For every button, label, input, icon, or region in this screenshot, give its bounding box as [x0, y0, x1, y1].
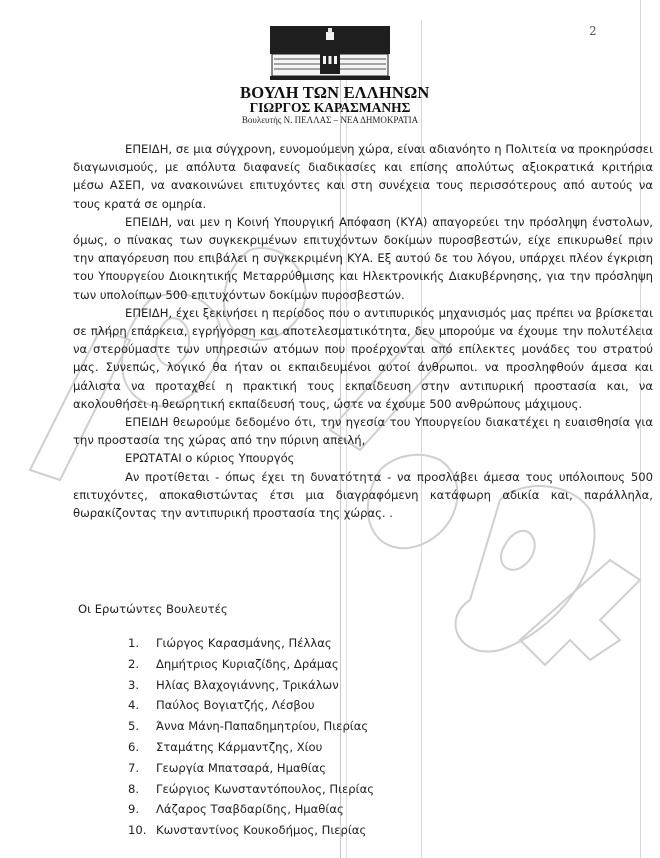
question-text: Αν προτίθεται - όπως έχει τη δυνατότητα …	[73, 468, 653, 523]
list-item: 2.Δημήτριος Κυριαζίδης, Δράμας	[128, 657, 374, 678]
signer-name: Λάζαρος Τσαβδαρίδης, Ημαθίας	[156, 802, 344, 823]
list-item: 8.Γεώργιος Κωνσταντόπουλος, Πιερίας	[128, 782, 374, 803]
whereas-paragraph: ΕΠΕΙΔΗ, ναι μεν η Κοινή Υπουργική Απόφασ…	[73, 213, 653, 304]
list-number: 6.	[128, 740, 156, 761]
list-number: 2.	[128, 657, 156, 678]
whereas-paragraph: ΕΠΕΙΔΗ θεωρούμε δεδομένο ότι, την ηγεσία…	[73, 413, 653, 449]
signer-name: Άννα Μάνη-Παπαδημητρίου, Πιερίας	[156, 719, 368, 740]
list-number: 1.	[128, 636, 156, 657]
list-number: 7.	[128, 761, 156, 782]
list-number: 9.	[128, 802, 156, 823]
signer-name: Δημήτριος Κυριαζίδης, Δράμας	[156, 657, 339, 678]
list-item: 6.Σταμάτης Κάρμαντζης, Χίου	[128, 740, 374, 761]
page-number: 2	[589, 24, 597, 38]
list-item: 10.Κωνσταντίνος Κουκοδήμος, Πιερίας	[128, 823, 374, 844]
list-number: 8.	[128, 782, 156, 803]
parliament-building-icon	[270, 26, 390, 80]
list-item: 5.Άννα Μάνη-Παπαδημητρίου, Πιερίας	[128, 719, 374, 740]
signer-name: Γεωργία Μπατσαρά, Ημαθίας	[156, 761, 326, 782]
list-item: 4.Παύλος Βογιατζής, Λέσβου	[128, 698, 374, 719]
list-number: 10.	[128, 823, 156, 844]
signer-name: Σταμάτης Κάρμαντζης, Χίου	[156, 740, 322, 761]
whereas-paragraph: ΕΠΕΙΔΗ, σε μια σύγχρονη, ευνομούμενη χώρ…	[73, 140, 653, 213]
list-number: 4.	[128, 698, 156, 719]
signer-name: Γιώργος Καρασμάνης, Πέλλας	[156, 636, 332, 657]
mp-role: Βουλευτής Ν. ΠΕΛΛΑΣ – ΝΕΑ ΔΗΜΟΚΡΑΤΙΑ	[240, 115, 420, 126]
list-item: 7.Γεωργία Μπατσαρά, Ημαθίας	[128, 761, 374, 782]
institution-name: ΒΟΥΛΗ ΤΩΝ ΕΛΛΗΝΩΝ	[240, 84, 420, 101]
signer-name: Γεώργιος Κωνσταντόπουλος, Πιερίας	[156, 782, 374, 803]
whereas-paragraph: ΕΠΕΙΔΗ, έχει ξεκινήσει η περίοδος που ο …	[73, 304, 653, 413]
list-item: 1.Γιώργος Καρασμάνης, Πέλλας	[128, 636, 374, 657]
signers-list: 1.Γιώργος Καρασμάνης, Πέλλας 2.Δημήτριος…	[128, 636, 374, 844]
signer-name: Κωνσταντίνος Κουκοδήμος, Πιερίας	[156, 823, 366, 844]
list-number: 5.	[128, 719, 156, 740]
signer-name: Παύλος Βογιατζής, Λέσβου	[156, 698, 315, 719]
letterhead: ΒΟΥΛΗ ΤΩΝ ΕΛΛΗΝΩΝ ΓΙΩΡΓΟΣ ΚΑΡΑΣΜΑΝΗΣ Βου…	[240, 26, 420, 126]
list-number: 3.	[128, 678, 156, 699]
question-body: ΕΠΕΙΔΗ, σε μια σύγχρονη, ευνομούμενη χώρ…	[73, 140, 653, 522]
question-heading: ΕΡΩΤΑΤΑΙ ο κύριος Υπουργός	[73, 449, 653, 467]
list-item: 9.Λάζαρος Τσαβδαρίδης, Ημαθίας	[128, 802, 374, 823]
signer-name: Ηλίας Βλαχογιάννης, Τρικάλων	[156, 678, 339, 699]
signers-title: Οι Ερωτώντες Βουλευτές	[78, 602, 228, 616]
mp-name: ΓΙΩΡΓΟΣ ΚΑΡΑΣΜΑΝΗΣ	[240, 101, 420, 115]
list-item: 3.Ηλίας Βλαχογιάννης, Τρικάλων	[128, 678, 374, 699]
